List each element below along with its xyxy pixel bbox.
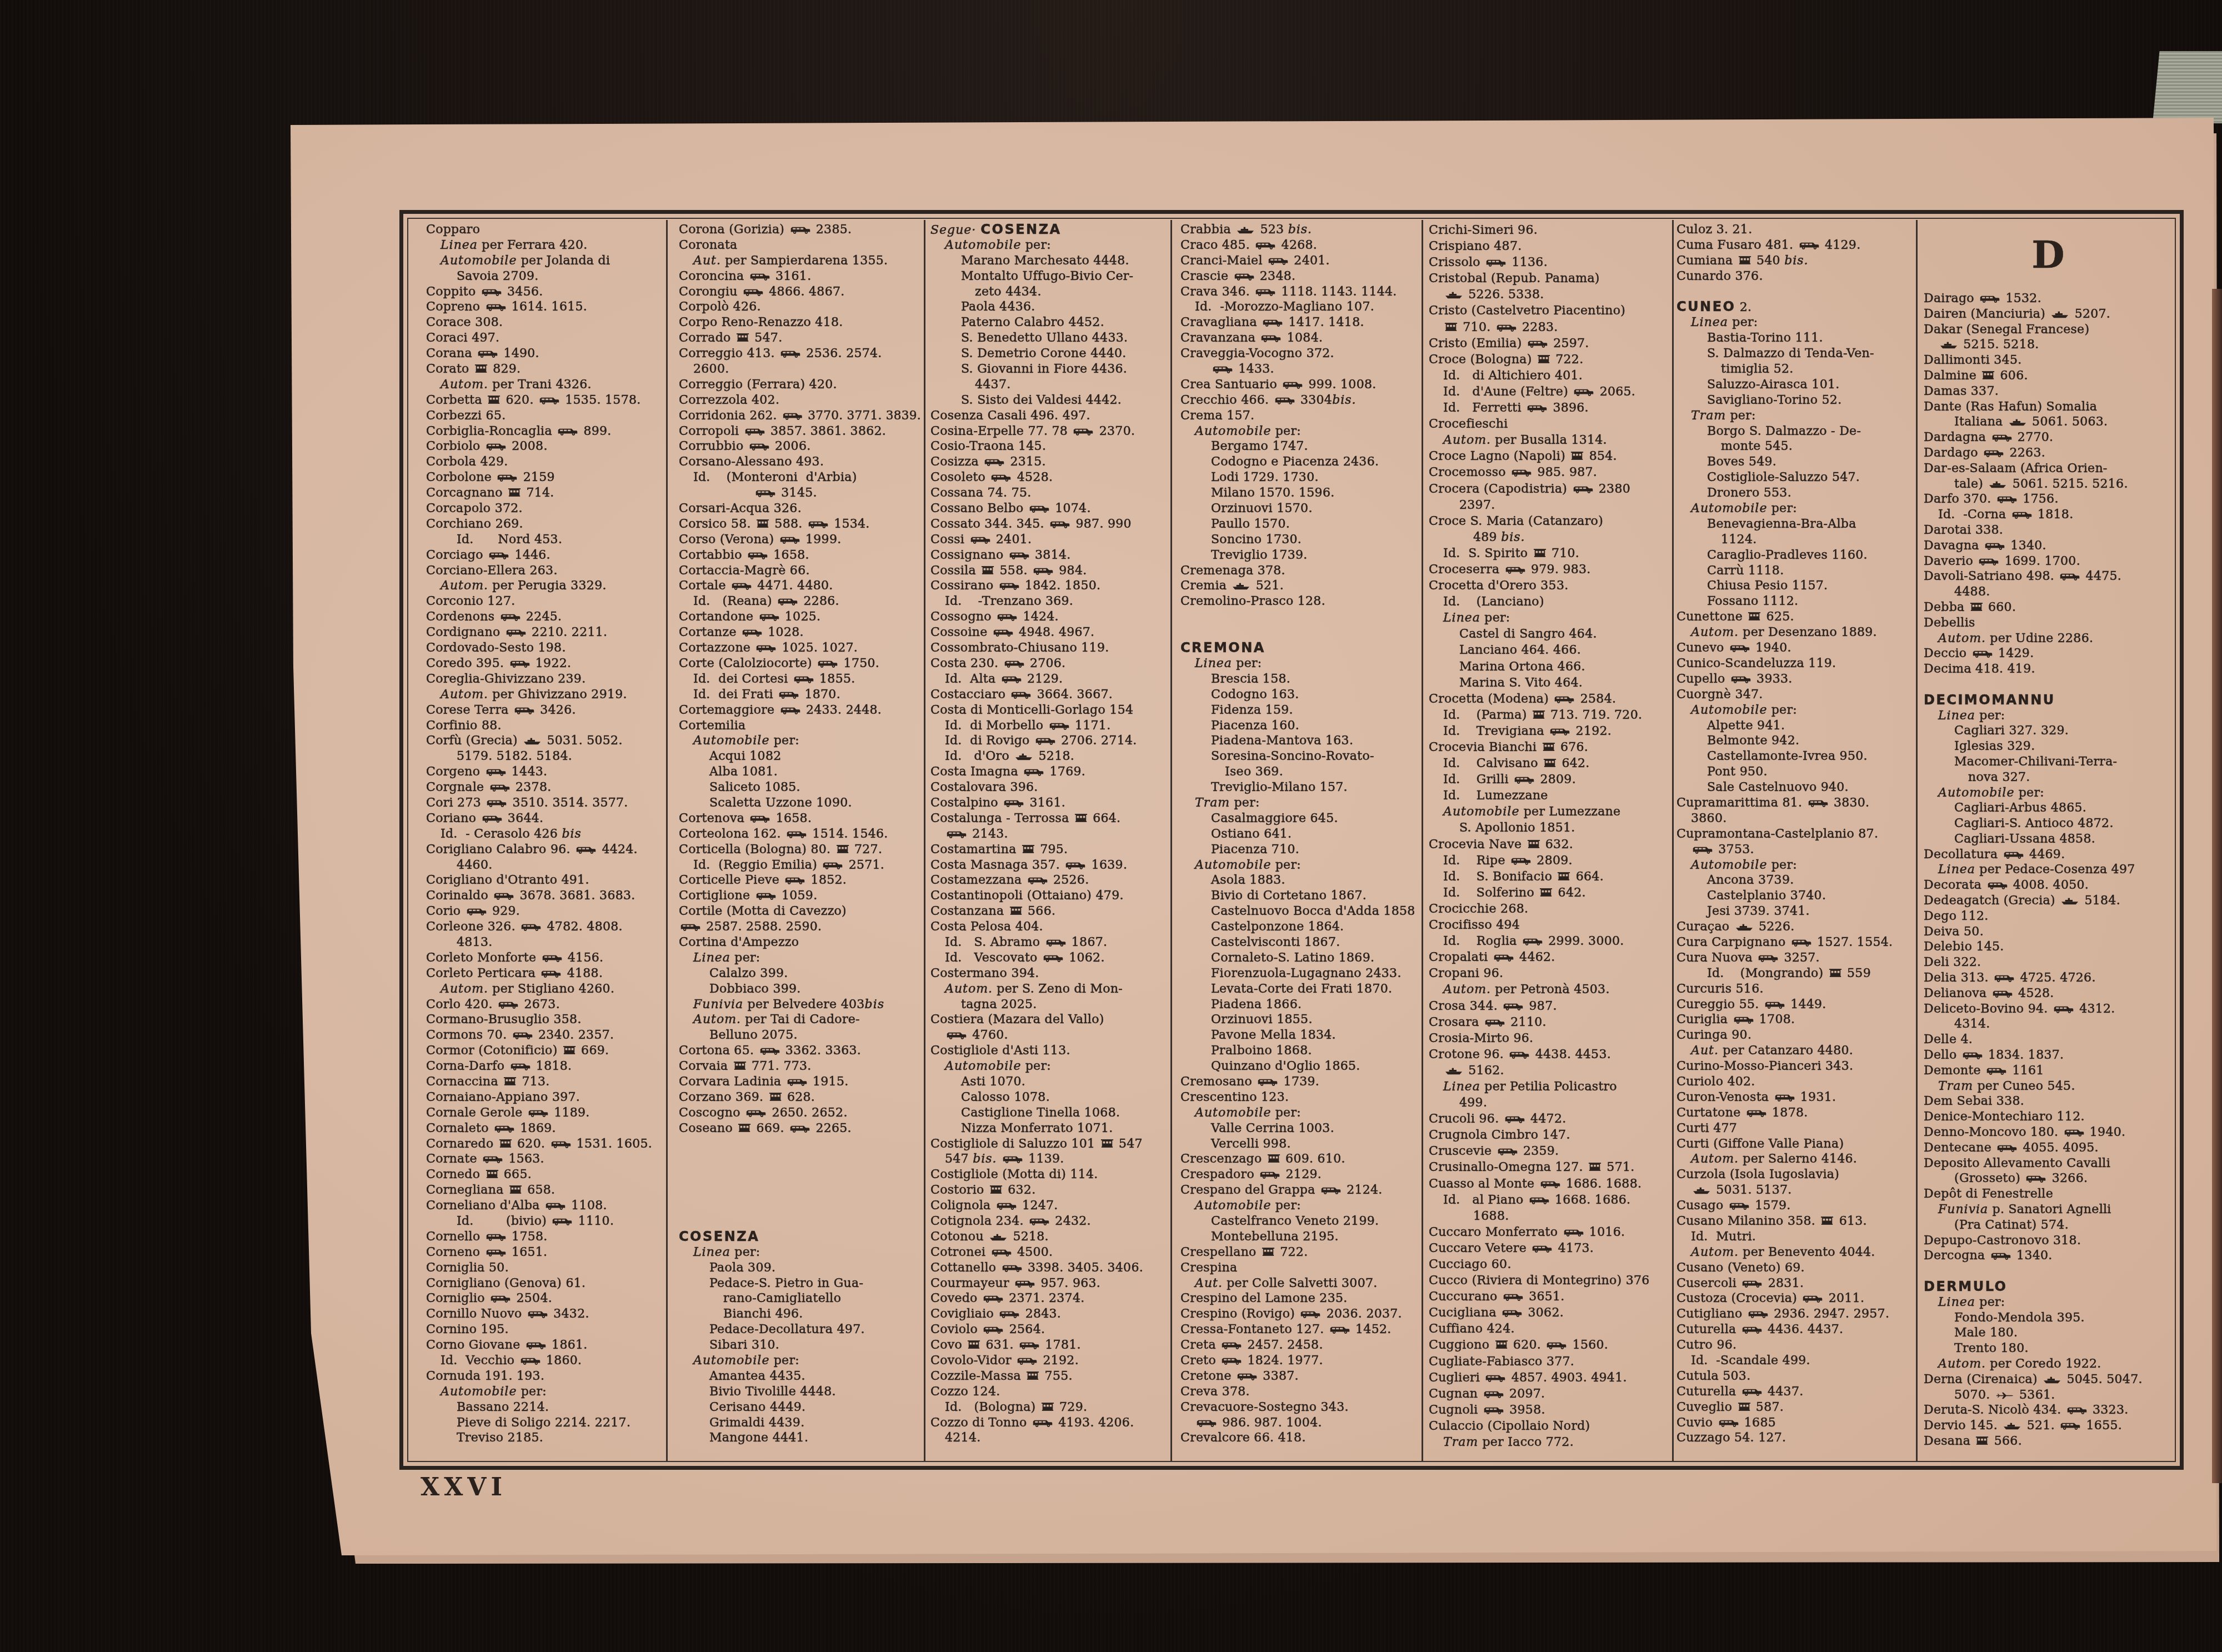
index-entry: Corio 929.: [426, 904, 663, 919]
index-entry: Cortile (Motta di Cavezzo): [679, 904, 921, 919]
index-entry: Cosina-Erpelle 77. 78 2370.: [930, 424, 1168, 439]
entry-text: Corneno: [426, 1245, 484, 1259]
index-entry: (Pra Catinat) 574.: [1924, 1218, 2173, 1233]
index-entry: Cortemaggiore 2433. 2448.: [679, 703, 921, 718]
entry-text: Dronero 553.: [1707, 486, 1791, 500]
entry-text: Crespino del Lamone 235.: [1180, 1291, 1348, 1305]
entry-text: Casalmaggiore 645.: [1211, 812, 1338, 825]
entry-text: per:: [1728, 316, 1758, 329]
entry-text: Cagliari-S. Antioco 4872.: [1954, 817, 2114, 830]
index-entry: Custoza (Crocevia) 2011.: [1676, 1291, 1913, 1306]
entry-text: Costamezzana: [930, 873, 1026, 887]
entry-text: S. Giovanni in Fiore 4436.: [961, 362, 1127, 376]
bus-icon: [521, 923, 542, 932]
blank-line: [1676, 284, 1913, 300]
entry-text: Cozzo 124.: [930, 1385, 1000, 1399]
entry-text: Costantinopoli (Ottaiano) 479.: [930, 889, 1124, 903]
index-entry: Id. -Corna 1818.: [1924, 507, 2173, 523]
bus-icon: [1268, 257, 1289, 266]
entry-text: Curti (Giffone Valle Piana): [1676, 1137, 1844, 1151]
entry-text: 2370.: [1095, 424, 1135, 438]
entry-text: Corniglia 50.: [426, 1261, 509, 1275]
bus-icon: [1019, 1341, 1040, 1350]
bus-icon: [1255, 288, 1276, 297]
entry-text: Craco 485.: [1180, 238, 1254, 252]
bus-icon: [1546, 1341, 1567, 1350]
service-type-label: Automobile: [1195, 424, 1271, 438]
entry-text: Debellis: [1924, 616, 1975, 630]
entry-text: 3145.: [777, 486, 817, 500]
entry-text: Castelponzone 1864.: [1211, 920, 1344, 934]
column-divider: [666, 220, 668, 1461]
index-entry: Linea per Ferrara 420.: [426, 238, 663, 253]
index-entry: Crespano del Grappa 2124.: [1180, 1183, 1418, 1198]
entry-text: 2192.: [1039, 1354, 1079, 1368]
index-entry: Cranci-Maiel 2401.: [1180, 253, 1418, 269]
index-entry: Automobile per:: [930, 238, 1168, 253]
entry-text: Cutula 503.: [1676, 1369, 1750, 1383]
entry-text: Curino-Mosso-Pianceri 343.: [1676, 1059, 1853, 1073]
bus-icon: [520, 1356, 541, 1365]
index-entry: Costacciaro 3664. 3667.: [930, 687, 1168, 703]
entry-text: 1999.: [802, 533, 842, 547]
index-entry: Corgnale 2378.: [426, 780, 663, 795]
bus-icon: [1532, 1244, 1553, 1253]
bus-icon: [759, 1047, 780, 1055]
index-entry: Creva 378.: [1180, 1384, 1418, 1400]
index-entry: Cottanello 3398. 3405. 3406.: [930, 1260, 1168, 1276]
entry-text: Cugnoli: [1429, 1403, 1482, 1417]
index-entry: Corzano 369. 628.: [679, 1090, 921, 1105]
entry-text: Darotai 338.: [1924, 523, 2003, 537]
index-entry: Crevalcore 66. 418.: [1180, 1430, 1418, 1446]
index-entry: Cremolino-Prasco 128.: [1180, 594, 1418, 609]
tram-icon: [1543, 758, 1557, 768]
entry-text: Cornello: [426, 1230, 484, 1244]
service-type-label: Linea: [1195, 657, 1232, 670]
entry-text: per:: [730, 951, 760, 965]
bus-icon: [749, 272, 770, 281]
entry-text: Curiglia: [1676, 1013, 1732, 1027]
index-entry: Coroncina 3161.: [679, 269, 921, 284]
index-entry: Cuvio 1685: [1676, 1415, 1913, 1431]
entry-text: Cortenova: [679, 812, 748, 825]
entry-text: Cuturella: [1676, 1323, 1740, 1336]
entry-text: 4438. 4453.: [1531, 1048, 1611, 1062]
bus-icon: [779, 535, 800, 544]
entry-text: 4312.: [2075, 1002, 2115, 1016]
index-entry: Pieve di Soligo 2214. 2217.: [426, 1415, 663, 1431]
entry-text: Pedace-S. Pietro in Gua-: [709, 1276, 863, 1290]
index-entry: Cagliari 327. 329.: [1924, 723, 2173, 739]
index-entry: 3753.: [1676, 842, 1913, 858]
index-entry: 5215. 5218.: [1924, 337, 2173, 353]
entry-text: Cravagliana: [1180, 316, 1261, 329]
index-entry: Cornaleto 1869.: [426, 1121, 663, 1137]
index-entry: Deiva 50.: [1924, 924, 2173, 940]
index-entry: Treviso 2185.: [426, 1430, 663, 1446]
index-entry: Cornate 1563.: [426, 1152, 663, 1167]
entry-text: Lodi 1729. 1730.: [1211, 470, 1319, 484]
service-type-label: Automobile: [1195, 858, 1271, 872]
entry-text: Coriano: [426, 812, 481, 825]
bus-icon: [510, 1062, 531, 1071]
index-entry: Autom. per Perugia 3329.: [426, 578, 663, 594]
entry-text: Grimaldi 4439.: [709, 1416, 804, 1430]
index-entry: Deliceto-Bovino 94. 4312.: [1924, 1002, 2173, 1017]
tram-icon: [503, 1076, 517, 1087]
index-entry: Crespina: [1180, 1260, 1418, 1276]
index-entry: Grimaldi 4439.: [679, 1415, 921, 1431]
tram-icon: [1026, 1370, 1039, 1381]
bus-icon: [2064, 1128, 2085, 1137]
entry-text: Croce S. Maria (Catanzaro): [1429, 514, 1603, 528]
entry-text: 1449.: [1786, 998, 1826, 1012]
entry-text: Crispiano 487.: [1429, 239, 1522, 253]
bus-icon: [1563, 1228, 1584, 1237]
entry-text: Cunettone: [1676, 610, 1746, 624]
index-entry: Crespino del Lamone 235.: [1180, 1291, 1418, 1306]
entry-text: per Colle Salvetti 3007.: [1223, 1276, 1378, 1290]
index-entry: Costigliole (Motta di) 114.: [930, 1167, 1168, 1183]
entry-text: [997, 1152, 1001, 1166]
entry-text: Id. Calvisano: [1443, 757, 1542, 770]
entry-text: 5218.: [1034, 749, 1074, 763]
bus-icon: [1978, 557, 1999, 566]
bus-icon: [466, 907, 487, 916]
entry-text: 999. 1008.: [1304, 378, 1376, 392]
entry-text: Cortemilia: [679, 719, 746, 733]
entry-text: 2359.: [1519, 1144, 1559, 1158]
service-type-label: Automobile: [945, 238, 1021, 252]
entry-text: Cretone: [1180, 1369, 1235, 1383]
entry-text: 2673.: [520, 998, 560, 1012]
entry-text: Paola 4436.: [961, 300, 1035, 314]
entry-text: Dante (Ras Hafun) Somalia: [1924, 400, 2097, 414]
entry-text: Corleto Perticara: [426, 967, 539, 980]
index-entry: Depôt di Fenestrelle: [1924, 1187, 2173, 1202]
entry-text: Alpette 941.: [1707, 719, 1785, 733]
index-entry: Damas 337.: [1924, 384, 2173, 399]
entry-text: Corconio 127.: [426, 594, 516, 608]
index-entry: Costa Imagna 1769.: [930, 764, 1168, 780]
index-entry: Linea per:: [679, 950, 921, 966]
entry-text: Corteolona 162.: [679, 827, 785, 841]
bus-icon: [1522, 937, 1543, 946]
entry-text: Correggio (Ferrara) 420.: [679, 378, 837, 392]
letter-heading: D: [2032, 233, 2065, 277]
entry-text: 2571.: [844, 858, 884, 872]
entry-text: 710.: [1548, 547, 1579, 560]
entry-text: Piacenza 160.: [1211, 719, 1299, 733]
bus-icon: [745, 1109, 767, 1118]
index-entry: S. Demetrio Corone 4440.: [930, 346, 1168, 362]
index-entry: Tram per:: [1180, 795, 1418, 811]
entry-text: rano-Camigliatello: [723, 1291, 841, 1305]
entry-text: Costigliole (Motta di) 114.: [930, 1168, 1098, 1182]
entry-text: per Petilia Policastro: [1480, 1080, 1617, 1094]
index-entry: Corleto Monforte 4156.: [426, 950, 663, 966]
entry-text: Treviglio-Milano 157.: [1211, 780, 1348, 794]
entry-text: Costa Pelosa 404.: [930, 920, 1043, 934]
entry-text: per:: [1271, 1106, 1301, 1120]
entry-text: Crocefieschi: [1429, 417, 1508, 431]
index-entry: Costa Pelosa 404.: [930, 919, 1168, 935]
index-column-6: Culoz 3. 21.Cuma Fusaro 481. 4129.Cumian…: [1676, 222, 1913, 1446]
entry-text: 987. 990: [1072, 517, 1132, 531]
entry-text: Codogno e Piacenza 2436.: [1211, 455, 1379, 469]
entry-text: 2401.: [1290, 254, 1330, 268]
entry-text: Id. -Morozzo-Magliano 107.: [1195, 300, 1374, 314]
index-entry: Corcapolo 372.: [426, 501, 663, 517]
index-entry: Id. dei Cortesi 1855.: [679, 672, 921, 687]
index-entry: 2143.: [930, 827, 1168, 842]
service-type-label: Autom.: [1443, 983, 1491, 997]
entry-text: 1074.: [1051, 502, 1091, 515]
entry-text: 1025.: [781, 610, 821, 624]
index-entry: Cutigliano 2936. 2947. 2957.: [1676, 1306, 1913, 1322]
index-entry: Culaccio (Cipollaio Nord): [1429, 1418, 1669, 1434]
bus-icon: [477, 349, 498, 358]
blank-line: [1924, 677, 2173, 693]
index-entry: Coscogno 2650. 2652.: [679, 1105, 921, 1121]
entry-text: 1651.: [508, 1245, 548, 1259]
index-entry: Coviolo 2564.: [930, 1322, 1168, 1338]
index-entry: Copparo: [426, 222, 663, 238]
index-entry: Corciano-Ellera 263.: [426, 563, 663, 579]
index-entry: Orzinuovi 1855.: [1180, 1012, 1418, 1028]
index-entry: Id. d'Oro 5218.: [930, 749, 1168, 764]
bus-icon: [984, 458, 1005, 467]
index-entry: Id. S. Abramo 1867.: [930, 935, 1168, 950]
index-entry: Corvaia 771. 773.: [679, 1059, 921, 1074]
entry-text: Cornaccina: [426, 1075, 502, 1089]
entry-text: Ostiano 641.: [1211, 827, 1292, 841]
entry-text: Corongiu: [679, 285, 742, 299]
index-entry: Ancona 3739.: [1676, 873, 1913, 888]
index-entry: Saluzzo-Airasca 101.: [1676, 377, 1913, 393]
entry-text: 3933.: [1753, 672, 1793, 686]
index-entry: Id. -Scandale 499.: [1676, 1353, 1913, 1369]
index-entry: Costiera (Mazara del Vallo): [930, 1012, 1168, 1028]
index-entry: Autom. per Salerno 4146.: [1676, 1152, 1913, 1167]
tram-icon: [1041, 1401, 1054, 1412]
tram-icon: [1557, 871, 1570, 882]
index-entry: Cornaredo 620. 1531. 1605.: [426, 1137, 663, 1152]
entry-text: 2706.: [1026, 657, 1066, 670]
column-divider: [1170, 220, 1172, 1461]
index-entry: 986. 987. 1004.: [1180, 1415, 1418, 1431]
index-entry: Cupramarittima 81. 3830.: [1676, 795, 1913, 811]
entry-text: Curon-Venosta: [1676, 1090, 1773, 1104]
tram-icon: [967, 1339, 980, 1350]
entry-text: 4471. 4480.: [753, 579, 833, 593]
index-entry: Curiolo 402.: [1676, 1074, 1913, 1090]
bus-icon: [1741, 1279, 1763, 1288]
entry-text: Cuccurano: [1429, 1290, 1502, 1304]
index-entry: Casalmaggiore 645.: [1180, 811, 1418, 827]
index-entry: Costa di Monticelli-Gorlago 154: [930, 703, 1168, 718]
blank-line: [679, 1152, 921, 1167]
bus-icon: [1073, 427, 1094, 436]
entry-text: Saliceto 1085.: [709, 780, 800, 794]
index-entry: 4813.: [426, 935, 663, 950]
entry-text: Cunevo: [1676, 641, 1728, 655]
entry-text: Corneliano d'Alba: [426, 1199, 544, 1213]
index-entry: Costa 230. 2706.: [930, 656, 1168, 672]
tram-icon: [733, 1060, 747, 1071]
index-entry: Piacenza 160.: [1180, 718, 1418, 734]
entry-text: 4857. 4903. 4941.: [1507, 1371, 1627, 1385]
entry-text: Cozzo di Tonno: [930, 1416, 1031, 1430]
entry-text: Asola 1883.: [1211, 873, 1285, 887]
bus-icon: [1234, 272, 1255, 281]
index-entry: 4314.: [1924, 1017, 2173, 1032]
entry-text: Boves 549.: [1707, 455, 1776, 469]
entry-text: 2265.: [812, 1122, 852, 1135]
index-entry: Dercogna 1340.: [1924, 1248, 2173, 1264]
entry-text: 1639.: [1087, 858, 1127, 872]
index-entry: Cortemilia: [679, 718, 921, 734]
entry-text: per:: [1726, 409, 1756, 423]
bus-icon: [482, 814, 503, 823]
entry-text: Colignola: [930, 1199, 995, 1213]
index-entry: Dronero 553.: [1676, 485, 1913, 501]
bus-icon: [1511, 468, 1532, 477]
column-divider: [1916, 220, 1918, 1461]
entry-text: Cumiana: [1676, 254, 1737, 268]
entry-text: Cosina-Erpelle 77. 78: [930, 424, 1072, 438]
entry-text: Corridonia 262.: [679, 409, 781, 423]
index-entry: Corbolone 2159: [426, 470, 663, 485]
entry-text: per Trani 4326.: [488, 378, 592, 392]
index-entry: Corconio 127.: [426, 594, 663, 609]
service-type-label: Linea: [693, 951, 730, 965]
index-entry: Paola 309.: [679, 1260, 921, 1276]
entry-text: Cornillo Nuovo: [426, 1307, 526, 1321]
index-entry: Curaçao 5226.: [1676, 919, 1913, 935]
index-entry: Derna (Cirenaica) 5045. 5047.: [1924, 1372, 2173, 1388]
index-entry: D: [1924, 222, 2173, 291]
index-entry: Dallimonti 345.: [1924, 353, 2173, 368]
service-type-label: Automobile: [693, 734, 769, 748]
index-entry: Cropani 96.: [1429, 965, 1669, 982]
index-entry: Cotignola 234. 2432.: [930, 1214, 1168, 1229]
index-entry: 4760.: [930, 1028, 1168, 1043]
index-entry: Davoli-Satriano 498. 4475.: [1924, 569, 2173, 584]
entry-text: Cremenaga 378.: [1180, 564, 1285, 578]
tram-icon: [1537, 354, 1550, 364]
entry-text: per Jolanda di: [517, 254, 610, 268]
entry-text: Castelfranco Veneto 2199.: [1211, 1214, 1379, 1228]
entry-text: 2526.: [1049, 873, 1089, 887]
entry-text: Savoia 2709.: [457, 269, 539, 283]
index-entry: Alpette 941.: [1676, 718, 1913, 734]
entry-text: (Pra Catinat) 574.: [1954, 1218, 2069, 1232]
entry-text: 1171.: [1071, 719, 1111, 733]
tram-icon: [1532, 709, 1545, 720]
entry-text: 1818.: [532, 1059, 572, 1073]
bus-icon: [1799, 241, 1820, 250]
entry-text: Id. Vescovato: [945, 951, 1042, 965]
entry-text: Crascie: [1180, 269, 1233, 283]
index-entry: Automobile per Lumezzane: [1429, 804, 1669, 820]
entry-text: Cortale: [679, 579, 730, 593]
index-entry: Soncino 1730.: [1180, 532, 1418, 548]
entry-text: Cugliate-Fabiasco 377.: [1429, 1355, 1574, 1369]
entry-text: 3426.: [536, 703, 576, 717]
service-type-label: Automobile: [1691, 703, 1767, 717]
index-entry: Corteolona 162. 1514. 1546.: [679, 827, 921, 842]
entry-text: Damas 337.: [1924, 384, 1999, 398]
entry-text: 658.: [523, 1183, 555, 1197]
index-entry: Corleto Perticara 4188.: [426, 966, 663, 982]
index-entry: Milano 1570. 1596.: [1180, 485, 1418, 501]
entry-text: 642.: [1554, 886, 1585, 900]
entry-text: Iglesias 329.: [1954, 739, 2035, 753]
index-entry: Dar-es-Salaam (Africa Orien-: [1924, 461, 2173, 477]
bus-icon: [1282, 381, 1303, 389]
index-entry: Corticelle Pieve 1852.: [679, 873, 921, 888]
bus-icon: [1035, 737, 1056, 745]
index-entry: Fiorenzuola-Lugagnano 2433.: [1180, 966, 1418, 982]
entry-text: Costorio: [930, 1183, 988, 1197]
entry-text: Crissolo: [1429, 256, 1484, 269]
index-entry: (Grosseto) 3266.: [1924, 1171, 2173, 1187]
index-entry: Cupello 3933.: [1676, 672, 1913, 687]
entry-text: Croce Lagno (Napoli): [1429, 449, 1569, 463]
index-entry: Corbiglia-Roncaglia 899.: [426, 424, 663, 439]
index-entry: Curti 477: [1676, 1121, 1913, 1137]
entry-text: p. Sanatori Agnelli: [1988, 1203, 2111, 1217]
index-entry: Crichi-Simeri 96.: [1429, 222, 1669, 238]
index-entry: Corticella (Bologna) 80. 727.: [679, 842, 921, 858]
entry-text: 1769.: [1045, 765, 1085, 779]
index-entry: Cozzo di Tonno 4193. 4206.: [930, 1415, 1168, 1431]
index-entry: 3145.: [679, 485, 921, 501]
bus-icon: [1001, 675, 1022, 684]
bus-icon: [997, 613, 1018, 622]
index-entry: Corlo 420. 2673.: [426, 997, 663, 1013]
index-entry: Curzola (Isola Iugoslavia): [1676, 1167, 1913, 1183]
bus-icon: [822, 861, 843, 870]
index-entry: Linea per:: [1429, 610, 1669, 626]
index-entry: 2397.: [1429, 497, 1669, 513]
index-entry: Cornello 1758.: [426, 1229, 663, 1245]
entry-text: Cornino 195.: [426, 1323, 509, 1336]
index-entry: Paola 4436.: [930, 299, 1168, 315]
bus-icon: [1774, 1093, 1795, 1102]
entry-text: 713.: [518, 1075, 549, 1089]
service-type-label: Autom.: [1691, 1152, 1739, 1166]
entry-text: 1940.: [1751, 641, 1791, 655]
index-entry: Corato 829.: [426, 362, 663, 377]
entry-text: Acqui 1082: [709, 749, 781, 763]
entry-text: Croceserra: [1429, 563, 1504, 577]
bus-icon: [557, 427, 578, 436]
entry-text: 2008.: [508, 439, 548, 453]
entry-text: Crugnola Cimbro 147.: [1429, 1128, 1570, 1142]
index-entry: DERMULO: [1924, 1279, 2173, 1295]
entry-text: per:: [1271, 424, 1301, 438]
service-type-label: Automobile: [1938, 786, 2014, 800]
index-entry: Scaletta Uzzone 1090.: [679, 795, 921, 811]
entry-text: 3304: [1297, 393, 1332, 407]
entry-text: 1708.: [1755, 1013, 1795, 1027]
entry-text: Cupello: [1676, 672, 1729, 686]
index-entry: Pedace-Decollatura 497.: [679, 1322, 921, 1338]
entry-text: Benevagienna-Bra-Alba: [1707, 517, 1856, 531]
